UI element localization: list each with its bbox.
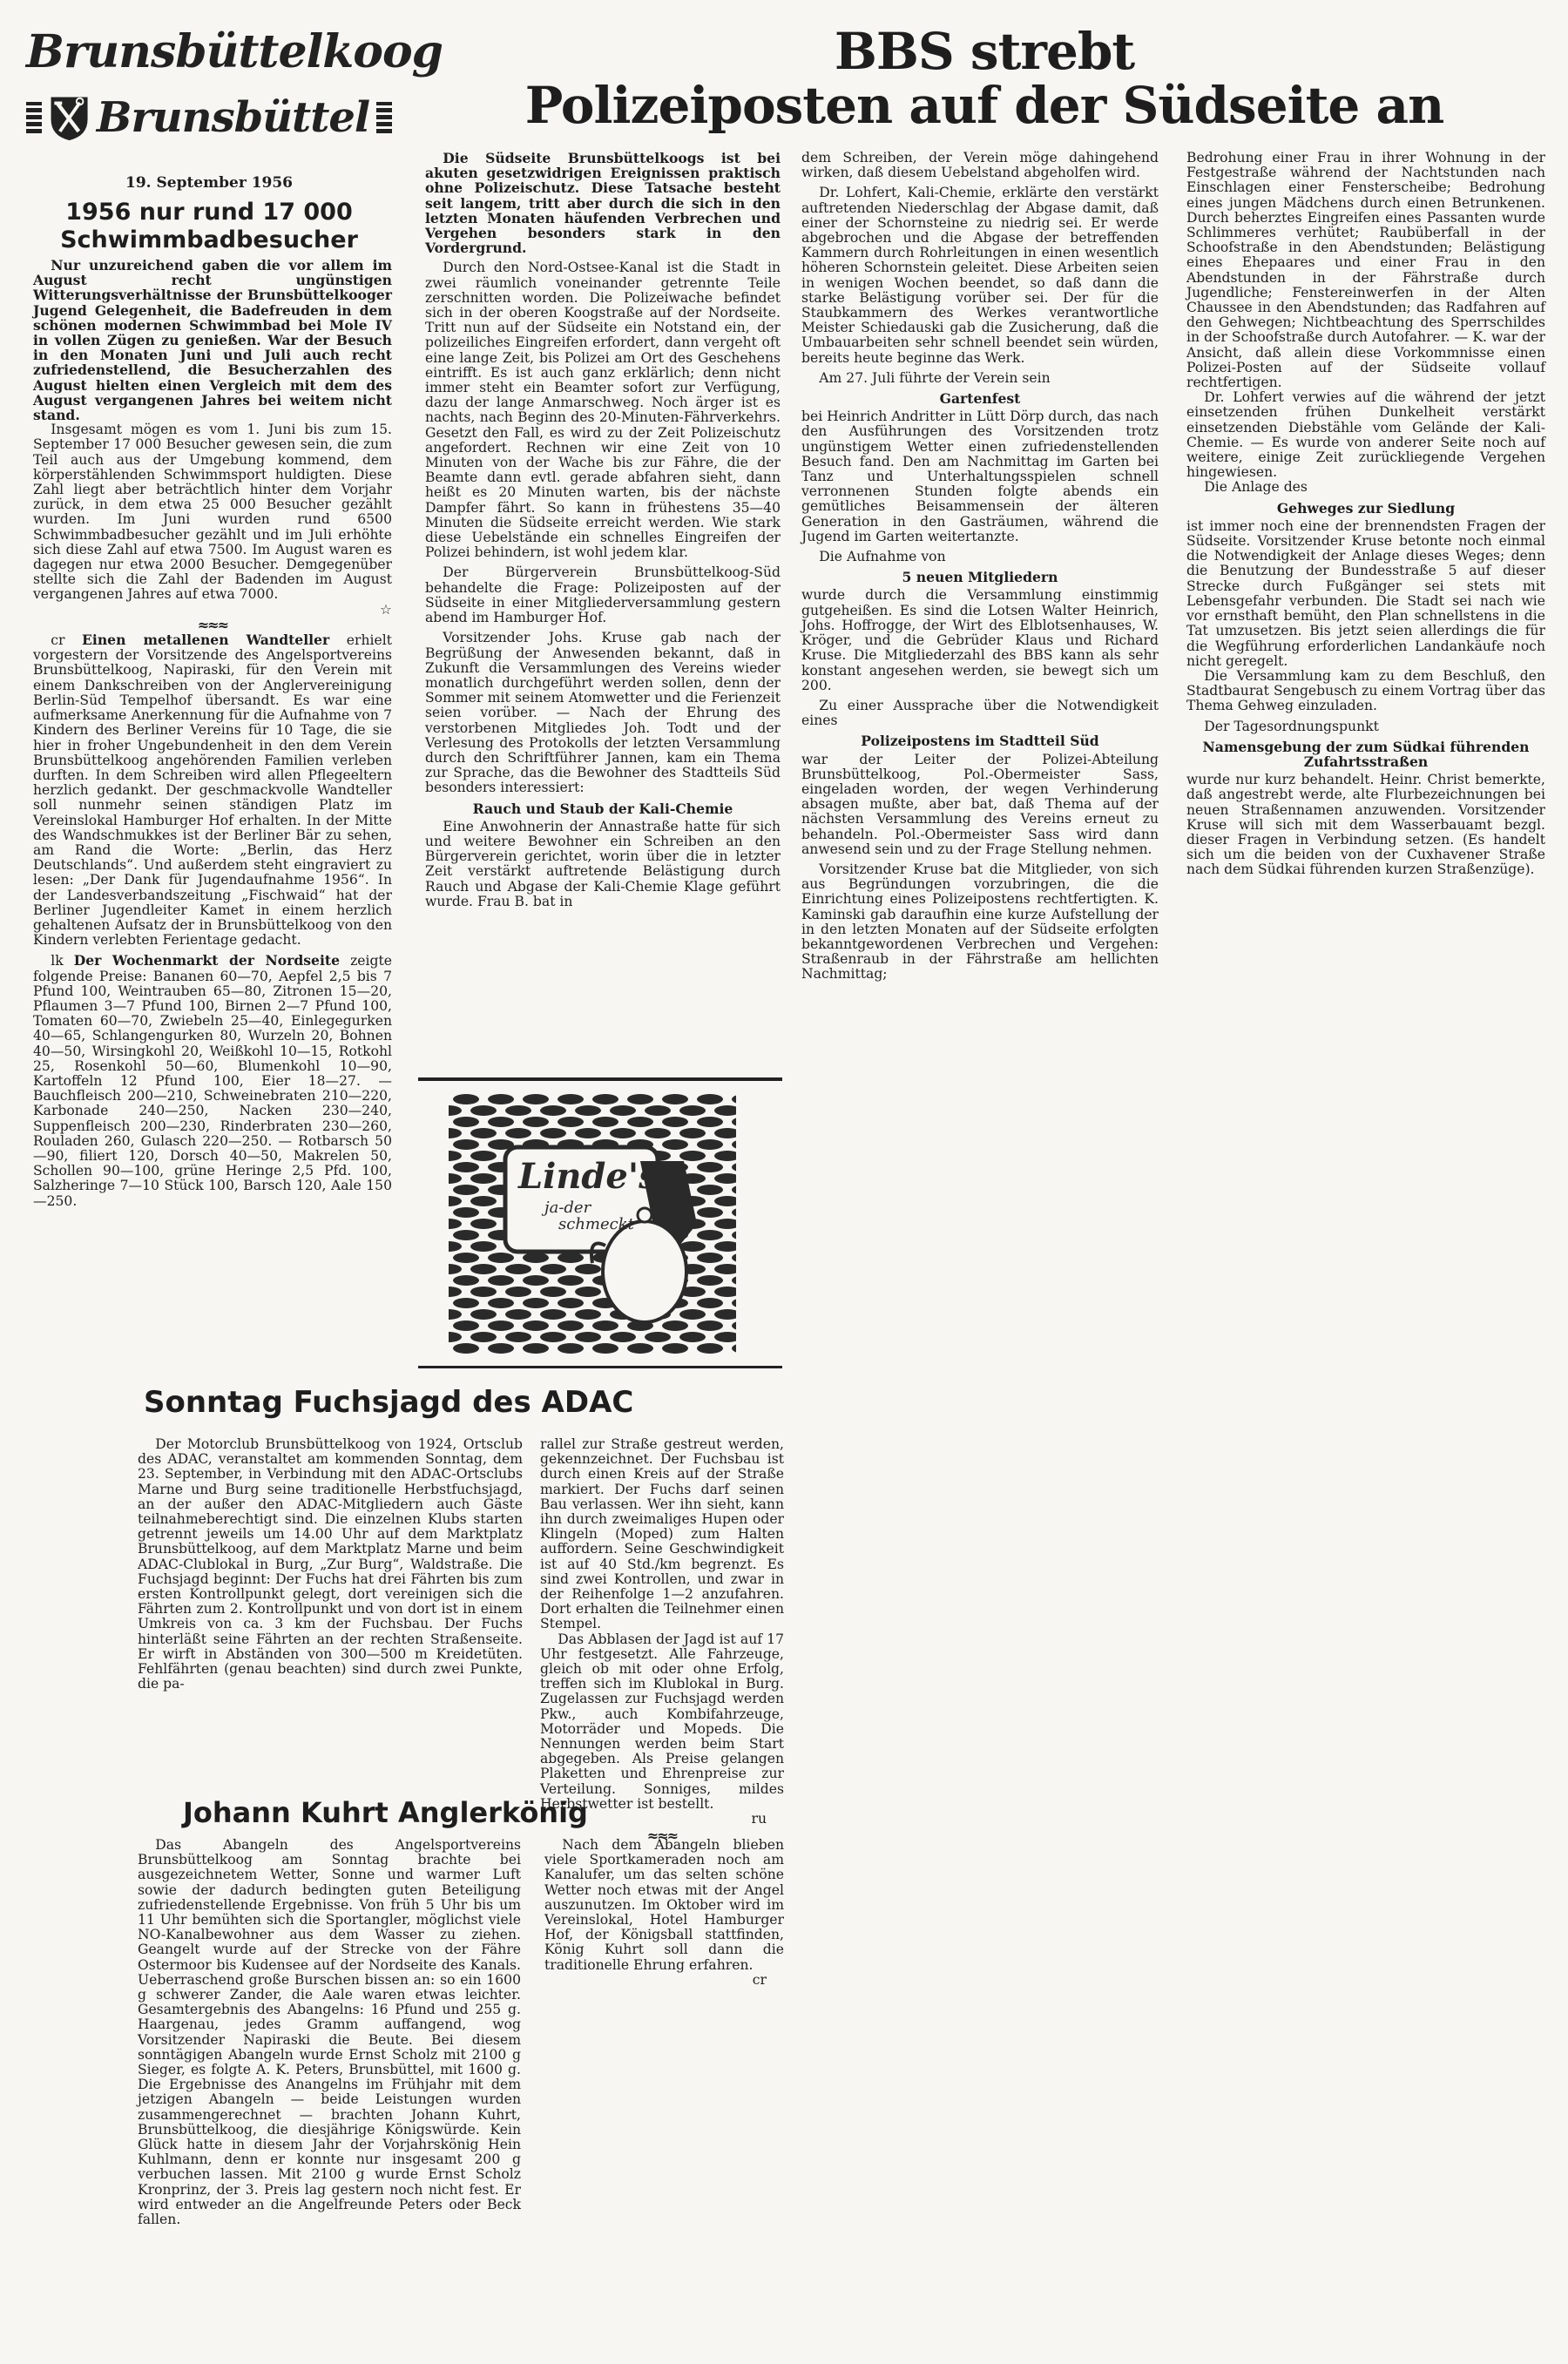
fuchsjagd-column-1: Der Motorclub Brunsbüttelkoog von 1924, … <box>138 1437 523 1692</box>
polizei-p14: Bedrohung einer Frau in ihrer Wohnung in… <box>1186 151 1545 390</box>
headline-schwimmbad: 1956 nur rund 17 000 Schwimmbadbesucher <box>26 199 392 254</box>
headline-polizeiposten: BBS strebt Polizeiposten auf der Südseit… <box>409 24 1559 132</box>
polizei-p15: Dr. Lohfert verwies auf die während der … <box>1186 390 1545 480</box>
masthead-row2: Brunsbüttel <box>26 80 392 155</box>
coffee-pot-icon <box>603 1221 686 1322</box>
schwimmbad-body: Insgesamt mögen es vom 1. Juni bis zum 1… <box>33 422 392 602</box>
masthead-title-line1: Brunsbüttelkoog <box>26 26 392 78</box>
ad-slogan-line1: ja-der <box>544 1199 634 1216</box>
subhead-rauch: Rauch und Staub der Kali-Chemie <box>425 801 781 816</box>
angler-col1: Das Abangeln des Angelsportvereins Bruns… <box>138 1838 521 2227</box>
masthead: Brunsbüttelkoog Brunsbüttel <box>26 26 392 155</box>
polizei-p18: Die Versammlung kam zu dem Beschluß, den… <box>1186 669 1545 714</box>
wochenmarkt-kicker: lk <box>51 953 63 969</box>
subhead-polizeiposten: Polizeipostens im Stadtteil Süd <box>801 733 1159 748</box>
polizei-p12: war der Leiter der Polizei-Abteilung Bru… <box>801 753 1159 857</box>
fuchsjagd-col2a: rallel zur Straße gestreut werden, geken… <box>540 1437 784 1632</box>
headline-line1: BBS strebt <box>409 24 1559 78</box>
ad-slogan-line2: schmeckt <box>544 1216 634 1233</box>
headline-fuchsjagd: Sonntag Fuchsjagd des ADAC <box>144 1385 633 1420</box>
ad-bottom-rule <box>418 1366 782 1368</box>
wochenmarkt-article: lk Der Wochenmarkt der Nordseite zeigte … <box>33 953 392 1208</box>
angler-column-1: Das Abangeln des Angelsportvereins Bruns… <box>138 1838 521 2227</box>
ad-brand: Linde's <box>518 1156 659 1197</box>
fuchsjagd-col1: Der Motorclub Brunsbüttelkoog von 1924, … <box>138 1437 523 1692</box>
polizei-p1: Durch den Nord-Ostsee-Kanal ist die Stad… <box>425 260 781 560</box>
separator-squiggle-icon: ≈≈≈ <box>33 618 392 632</box>
polizei-p6: Dr. Lohfert, Kali-Chemie, erklärte den v… <box>801 186 1159 365</box>
subhead-gartenfest: Gartenfest <box>801 391 1159 406</box>
ad-top-rule <box>418 1077 782 1081</box>
wandteller-article: cr Einen metallenen Wandteller erhielt v… <box>33 632 392 948</box>
polizei-p8: bei Heinrich Andritter in Lütt Dörp durc… <box>801 409 1159 544</box>
ribbon-left-icon <box>26 102 42 133</box>
wandteller-lead: Einen metallenen Wandteller <box>82 632 329 648</box>
headline-line2: Polizeiposten auf der Südseite an <box>409 78 1559 132</box>
dateline: 19. September 1956 <box>26 174 392 192</box>
angler-column-2: Nach dem Abangeln blieben viele Sportkam… <box>544 1838 784 1988</box>
polizei-lead: Die Südseite Brunsbüttelkoogs ist bei ak… <box>425 151 781 255</box>
polizei-p2: Der Bürgerverein Brunsbüttelkoog-Süd beh… <box>425 565 781 625</box>
ad-slogan: ja-der schmeckt <box>544 1199 634 1233</box>
wandteller-body: erhielt vorgestern der Vorsitzende des A… <box>33 632 392 948</box>
column-left: Nur unzureichend gaben die vor allem im … <box>33 258 392 1209</box>
polizei-p9: Die Aufnahme von <box>801 550 1159 564</box>
polizei-p17: ist immer noch eine der brennendsten Fra… <box>1186 519 1545 669</box>
ribbon-right-icon <box>376 102 392 133</box>
wandteller-kicker: cr <box>51 632 64 648</box>
polizei-p19: Der Tagesordnungspunkt <box>1186 719 1545 734</box>
polizei-p5: dem Schreiben, der Verein möge dahingehe… <box>801 151 1159 180</box>
advertisement-lindes: Linde's ja-der schmeckt <box>449 1093 736 1354</box>
wochenmarkt-body: zeigte folgende Preise: Bananen 60—70, A… <box>33 953 392 1208</box>
polizei-column-3: Bedrohung einer Frau in ihrer Wohnung in… <box>1186 151 1545 878</box>
polizei-p7: Am 27. Juli führte der Verein sein <box>801 371 1159 386</box>
coat-of-arms-shield-icon <box>49 80 90 155</box>
polizei-p10: wurde durch die Versammlung einstimmig g… <box>801 588 1159 692</box>
fuchsjagd-col2b: Das Abblasen der Jagd ist auf 17 Uhr fes… <box>540 1632 784 1812</box>
angler-signature: cr <box>544 1973 784 1988</box>
wochenmarkt-lead: Der Wochenmarkt der Nordseite <box>74 952 340 969</box>
headline-angler: Johann Kuhrt Anglerkönig <box>183 1796 588 1829</box>
subhead-namensgebung: Namensgebung der zum Südkai führenden Zu… <box>1186 740 1545 769</box>
fuchsjagd-column-2: rallel zur Straße gestreut werden, geken… <box>540 1437 784 1843</box>
polizei-p13: Vorsitzender Kruse bat die Mitglieder, v… <box>801 862 1159 983</box>
polizei-p3: Vorsitzender Johs. Kruse gab nach der Be… <box>425 631 781 795</box>
polizei-column-2: dem Schreiben, der Verein möge dahingehe… <box>801 151 1159 983</box>
polizei-column-1: Die Südseite Brunsbüttelkoogs ist bei ak… <box>425 151 781 909</box>
polizei-p16: Die Anlage des <box>1186 480 1545 495</box>
schwimmbad-lead: Nur unzureichend gaben die vor allem im … <box>33 258 392 422</box>
polizei-p20: wurde nur kurz behandelt. Heinr. Christ … <box>1186 773 1545 877</box>
polizei-p4: Eine Anwohnerin der Annastraße hatte für… <box>425 820 781 909</box>
subhead-mitglieder: 5 neuen Mitgliedern <box>801 570 1159 584</box>
polizei-p11: Zu einer Aussprache über die Notwendigke… <box>801 699 1159 728</box>
masthead-title-line2: Brunsbüttel <box>97 93 369 142</box>
angler-col2: Nach dem Abangeln blieben viele Sportkam… <box>544 1838 784 1973</box>
subhead-gehweg: Gehweges zur Siedlung <box>1186 501 1545 516</box>
star-end-mark-icon: ☆ <box>33 603 392 618</box>
